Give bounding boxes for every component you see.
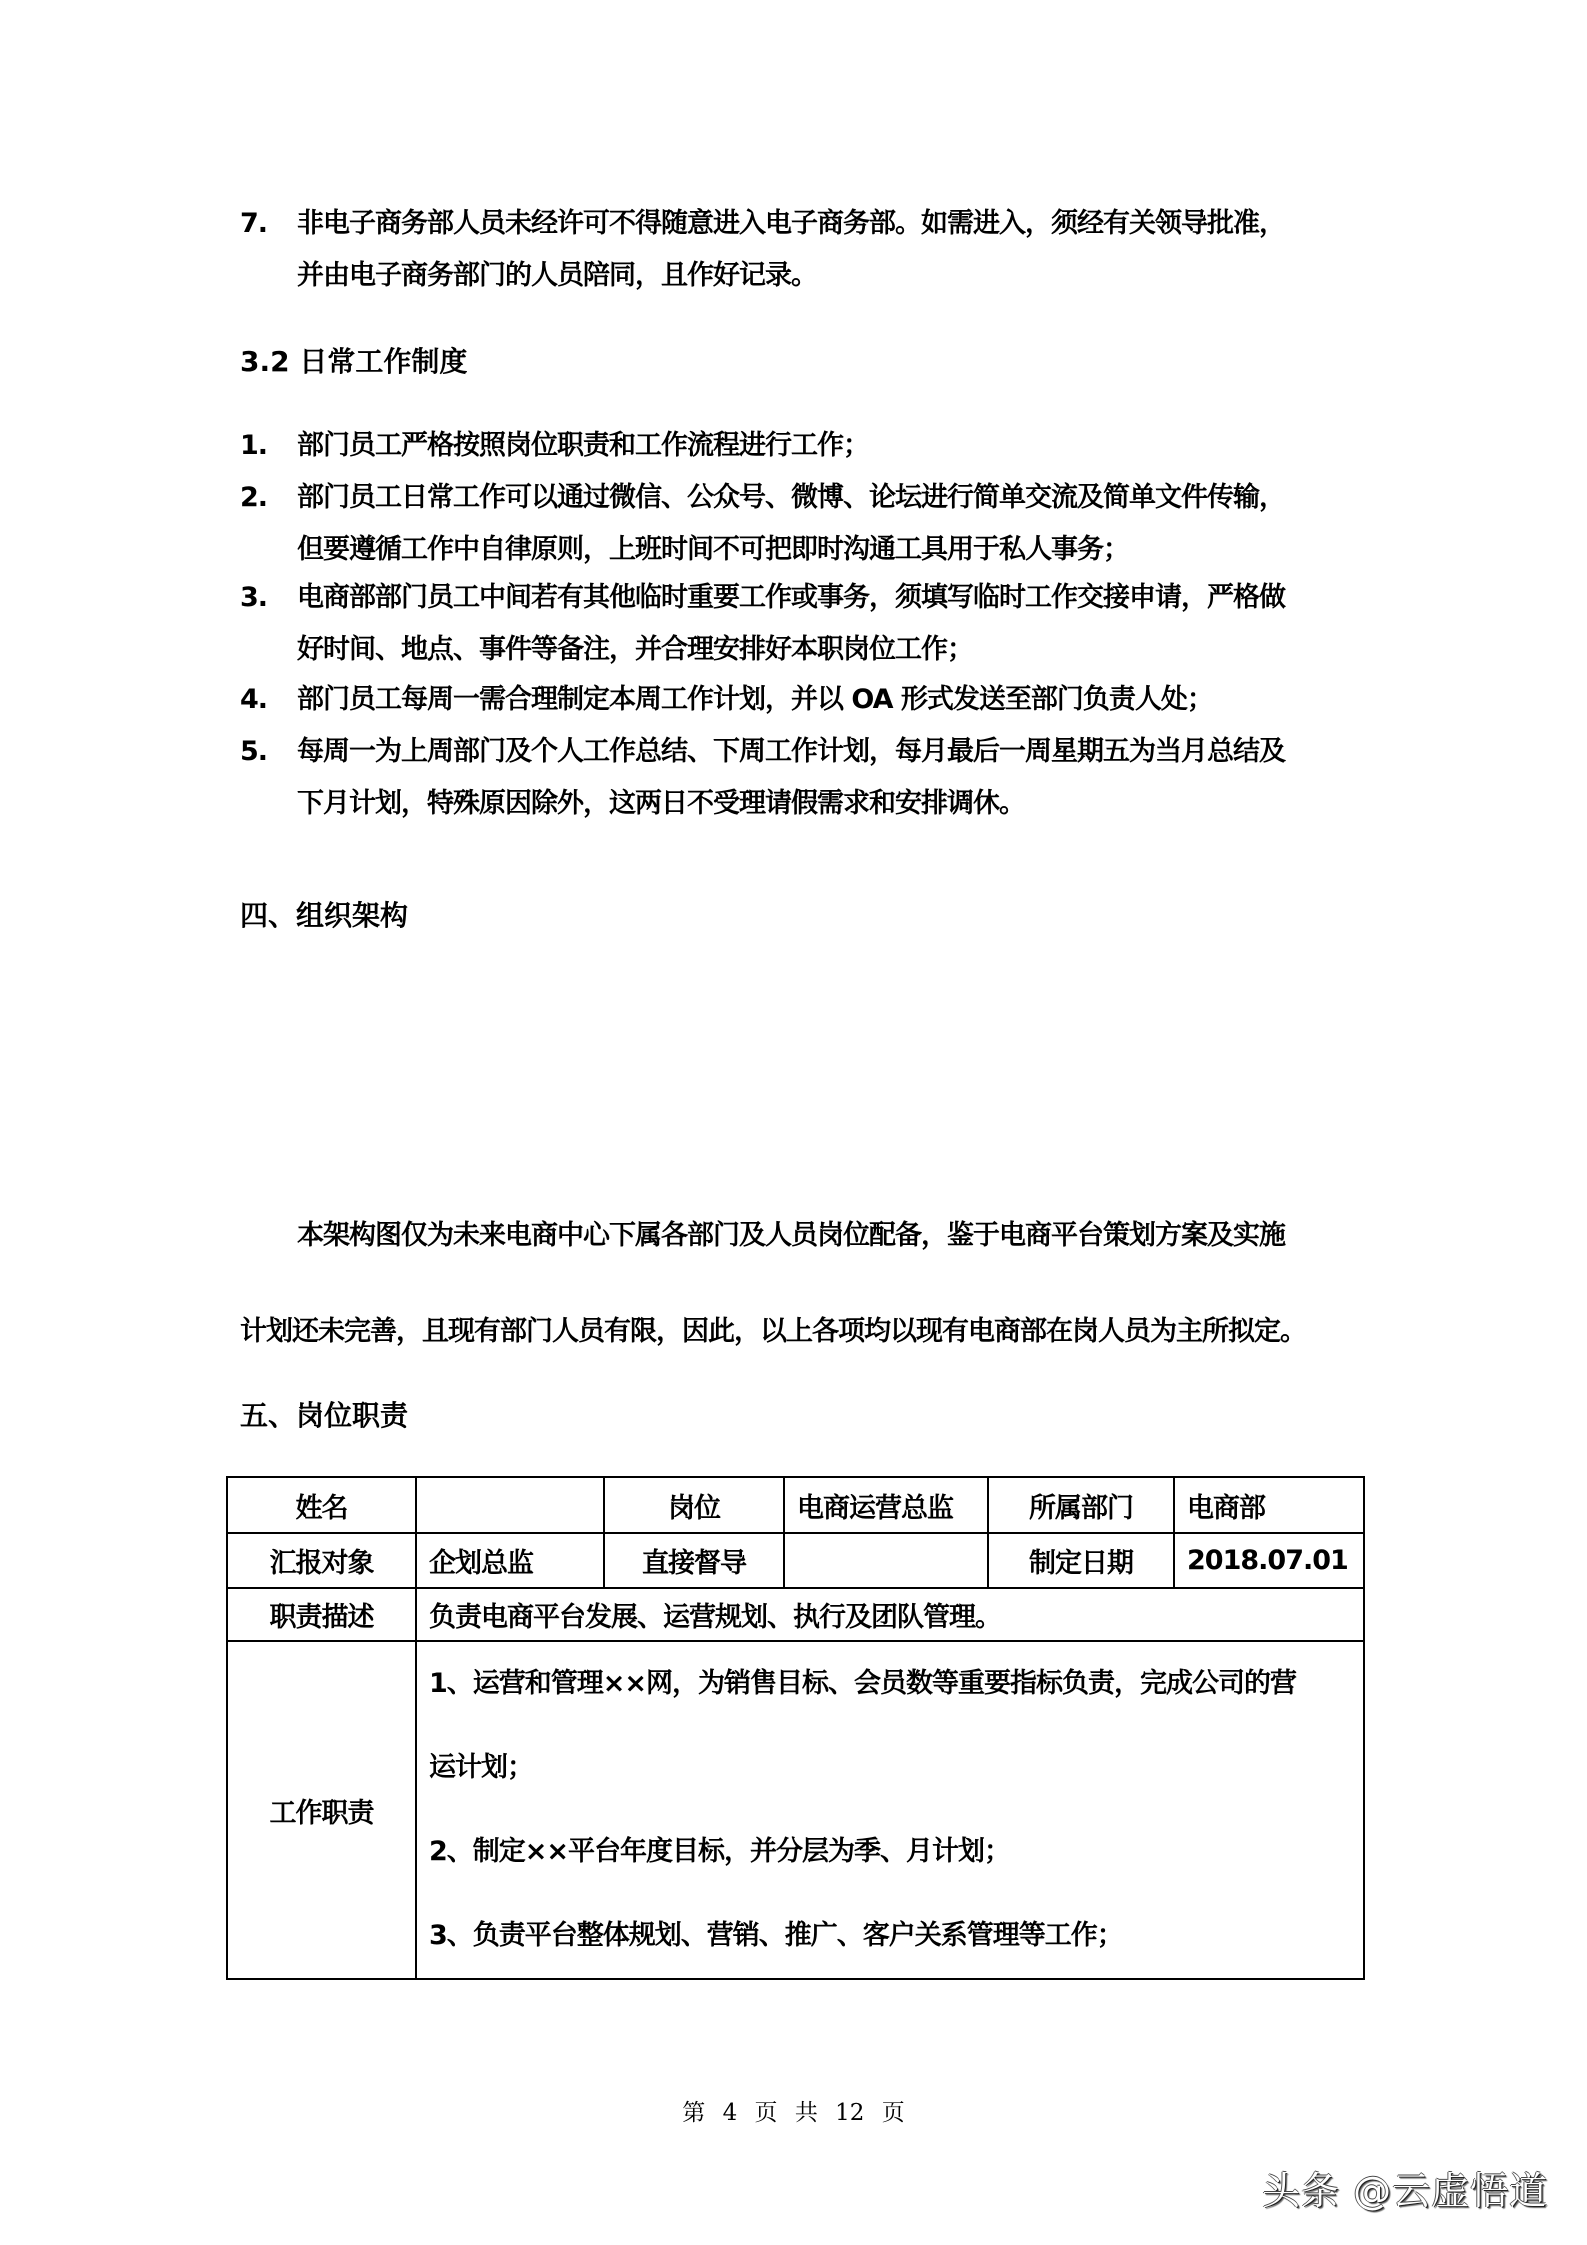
job-duties-table: 姓名 岗位 电商运营总监 所属部门 电商部 汇报对象 企划总监 直接督导 制定日… [226,1476,1365,1980]
post-value: 电商运营总监 [784,1477,988,1533]
list-item-text: 每周一为上周部门及个人工作总结、下周工作计划，每月最后一周星期五为当月总结及 [297,726,1285,778]
desc-label: 职责描述 [227,1588,416,1641]
list-item-text: 电商部部门员工中间若有其他临时重要工作或事务，须填写临时工作交接申请，严格做 [297,572,1285,624]
supervise-value [784,1533,988,1588]
list-item-text: 好时间、地点、事件等备注，并合理安排好本职岗位工作； [297,624,973,676]
list-item-number: 5. [240,726,267,778]
supervise-label: 直接督导 [604,1533,784,1588]
name-value [416,1477,604,1533]
list-item-text: 部门员工每周一需合理制定本周工作计划，并以 OA 形式发送至部门负责人处； [297,674,1213,726]
list-item-text: 部门员工严格按照岗位职责和工作流程进行工作； [297,420,869,472]
page-footer: 第 4 页 共 12 页 [0,2094,1587,2127]
date-label: 制定日期 [988,1533,1174,1588]
list-item-number: 3. [240,572,267,624]
report-value: 企划总监 [416,1533,604,1588]
desc-value: 负责电商平台发展、运营规划、执行及团队管理。 [416,1588,1364,1641]
report-label: 汇报对象 [227,1533,416,1588]
table-row: 汇报对象 企划总监 直接督导 制定日期 2018.07.01 [227,1533,1364,1588]
section-heading-job-duties: 五、岗位职责 [240,1390,408,1442]
table-row: 姓名 岗位 电商运营总监 所属部门 电商部 [227,1477,1364,1533]
list-item-number: 4. [240,674,267,726]
rule-text-line: 并由电子商务部门的人员陪同，且作好记录。 [297,250,817,302]
duty-line: 2、制定××平台年度目标，并分层为季、月计划； [429,1810,1351,1894]
list-item-text: 下月计划，特殊原因除外，这两日不受理请假需求和安排调休。 [297,778,1025,830]
dept-value: 电商部 [1174,1477,1364,1533]
duty-line: 1、运营和管理××网，为销售目标、会员数等重要指标负责，完成公司的营 [429,1642,1351,1726]
org-paragraph-line: 计划还未完善，且现有部门人员有限，因此，以上各项均以现有电商部在岗人员为主所拟定… [240,1306,1306,1358]
post-label: 岗位 [604,1477,784,1533]
rule-number: 7. [240,198,267,250]
org-paragraph-line: 本架构图仅为未来电商中心下属各部门及人员岗位配备，鉴于电商平台策划方案及实施 [297,1210,1285,1262]
list-item-text: 但要遵循工作中自律原则，上班时间不可把即时沟通工具用于私人事务； [297,524,1129,576]
duty-list: 1、运营和管理××网，为销售目标、会员数等重要指标负责，完成公司的营 运计划； … [416,1641,1364,1979]
rule-text-line: 非电子商务部人员未经许可不得随意进入电子商务部。如需进入，须经有关领导批准， [297,198,1285,250]
table-row: 职责描述 负责电商平台发展、运营规划、执行及团队管理。 [227,1588,1364,1641]
section-heading-3-2: 3.2 日常工作制度 [240,336,467,388]
watermark: 头条 @云虚悟道 [1262,2160,1548,2215]
duty-label: 工作职责 [227,1641,416,1979]
list-item-text: 部门员工日常工作可以通过微信、公众号、微博、论坛进行简单交流及简单文件传输， [297,472,1285,524]
name-label: 姓名 [227,1477,416,1533]
duty-line: 运计划； [429,1726,1351,1810]
table-row: 工作职责 1、运营和管理××网，为销售目标、会员数等重要指标负责，完成公司的营 … [227,1641,1364,1979]
list-item-number: 1. [240,420,267,472]
list-item-number: 2. [240,472,267,524]
section-heading-org-structure: 四、组织架构 [240,890,408,942]
date-value: 2018.07.01 [1174,1533,1364,1588]
duty-line: 3、负责平台整体规划、营销、推广、客户关系管理等工作； [429,1894,1351,1978]
dept-label: 所属部门 [988,1477,1174,1533]
